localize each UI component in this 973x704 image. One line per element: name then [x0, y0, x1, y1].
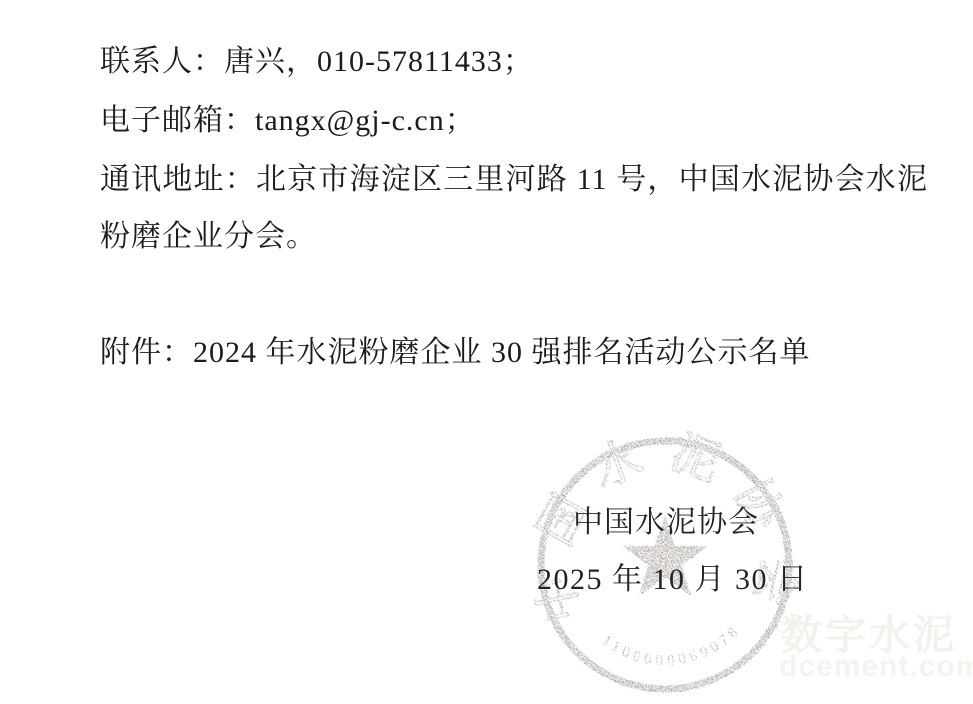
watermark-domain: dcement.com [779, 650, 973, 684]
document-page: 联系人：唐兴，010-57811433； 电子邮箱：tangx@gj-c.cn；… [0, 0, 973, 704]
address-line-1: 通讯地址：北京市海淀区三里河路 11 号，中国水泥协会水泥 [100, 162, 928, 198]
address-line-2: 粉磨企业分会。 [100, 219, 317, 255]
signature-organization: 中国水泥协会 [573, 506, 759, 540]
seal-serial-number: 1100000069078 [599, 622, 745, 670]
email-line: 电子邮箱：tangx@gj-c.cn； [100, 103, 476, 139]
attachment-line: 附件：2024 年水泥粉磨企业 30 强排名活动公示名单 [100, 335, 811, 371]
contact-line: 联系人：唐兴，010-57811433； [100, 44, 534, 80]
signature-date: 2025 年 10 月 30 日 [537, 563, 809, 597]
